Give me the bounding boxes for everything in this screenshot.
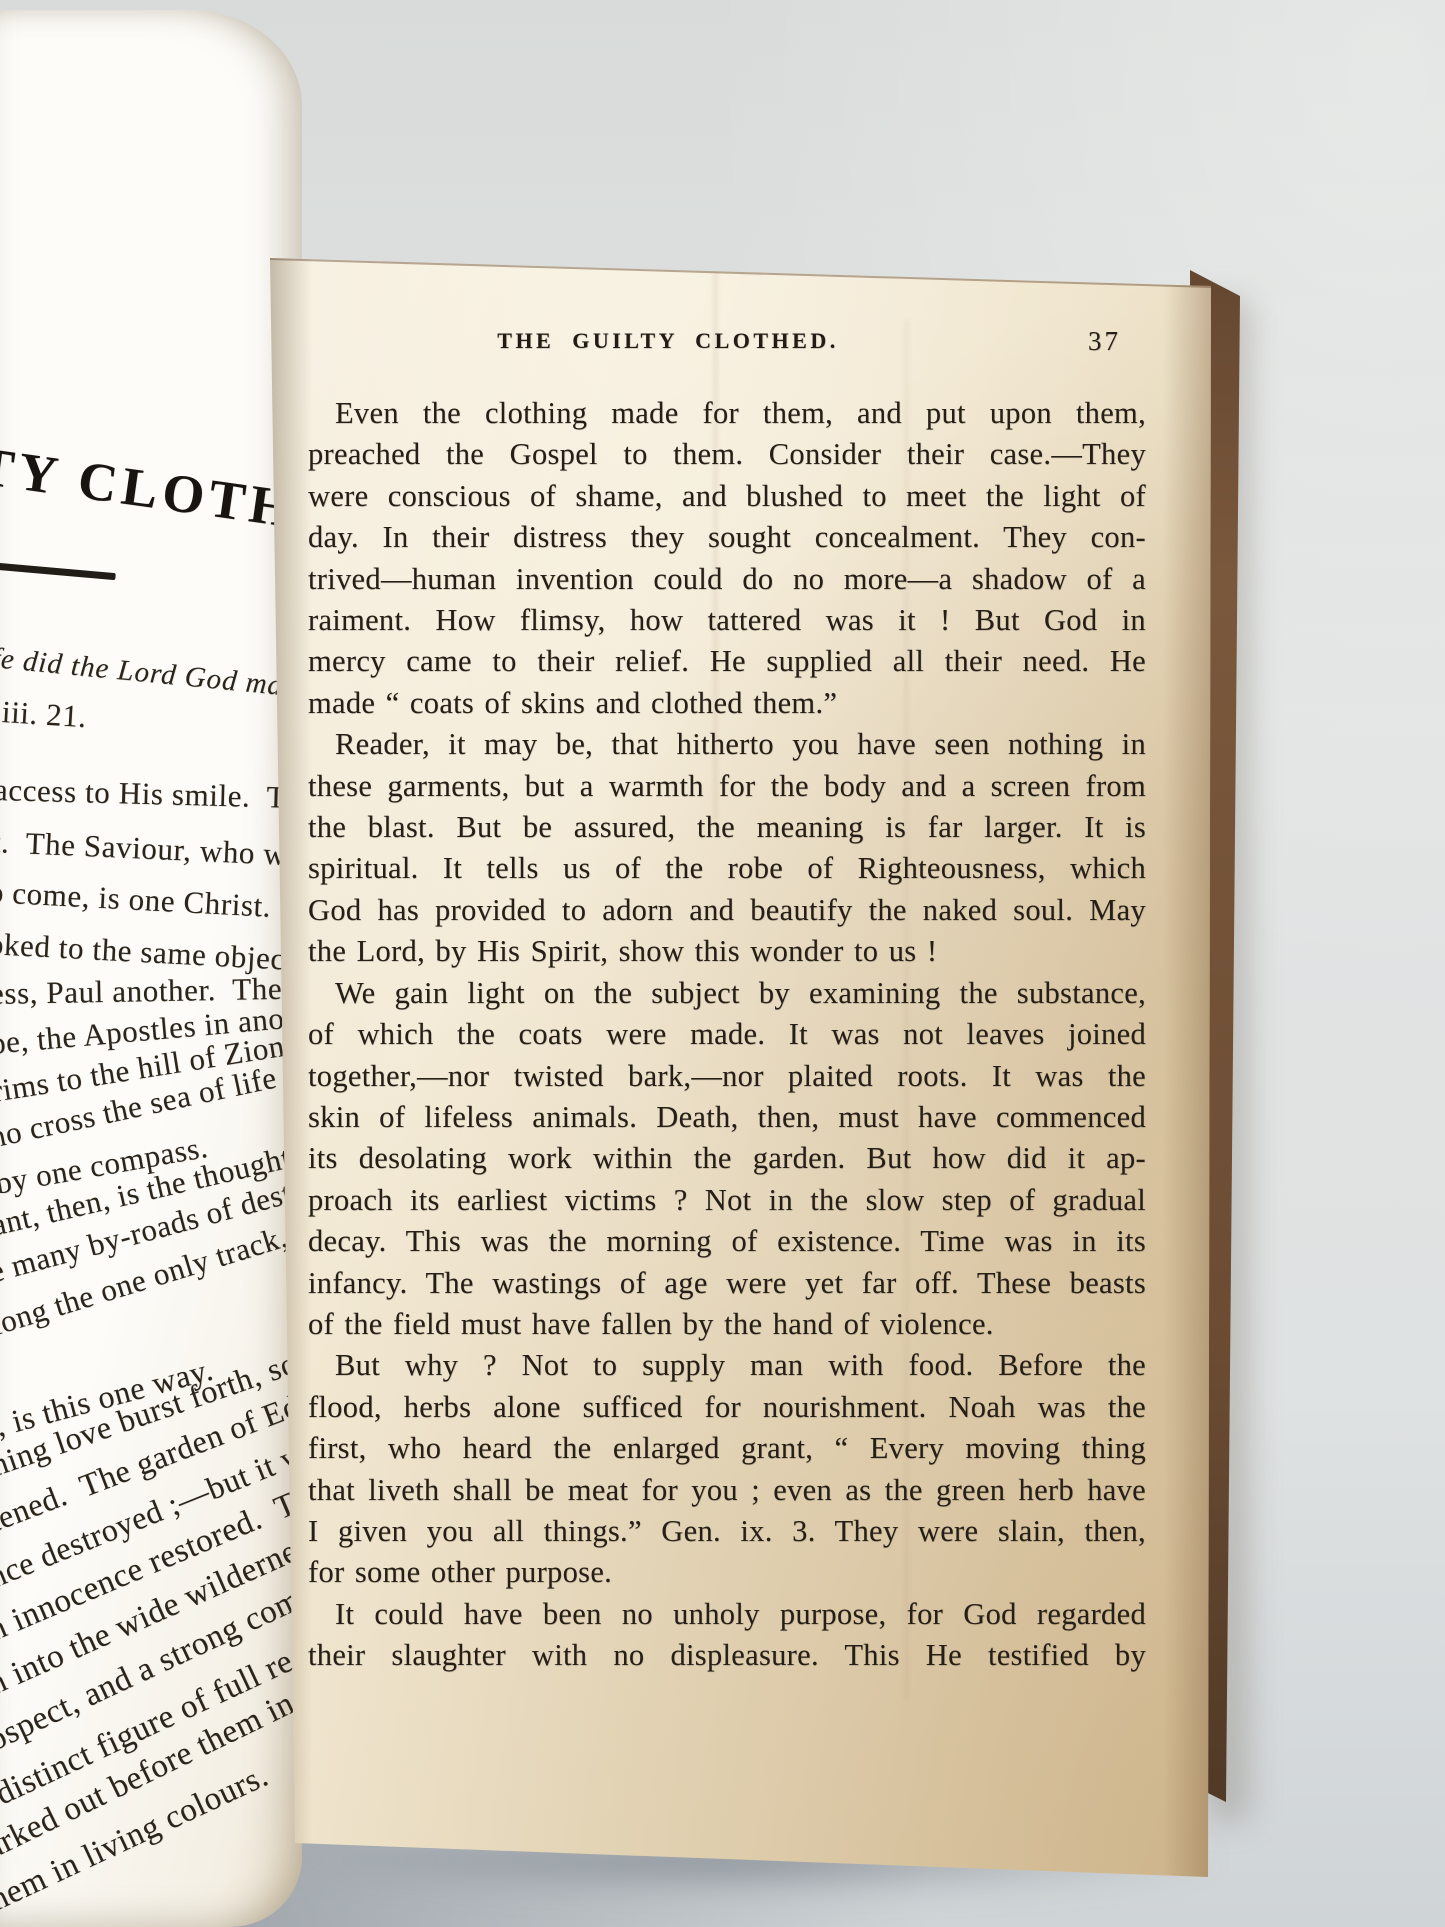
book-photo: TY CLOTHED.fe did the Lord God make coat… <box>0 0 1445 1927</box>
body-line: for some other purpose. <box>308 1552 1146 1593</box>
body-line: the Lord, by His Spirit, show this wonde… <box>308 931 1146 972</box>
body-line: But why ? Not to supply man with food. B… <box>308 1345 1146 1386</box>
page-number: 37 <box>1088 326 1121 357</box>
body-line: spiritual. It tells us of the robe of Ri… <box>308 848 1146 889</box>
body-line: their slaughter with no displeasure. Thi… <box>308 1635 1146 1676</box>
body-line: first, who heard the enlarged grant, “ E… <box>308 1428 1146 1469</box>
left-page-line: access to His smile. There <box>0 772 302 817</box>
page-top-edge <box>268 257 1216 288</box>
body-line: of which the coats were made. It was not… <box>308 1014 1146 1055</box>
body-line: Reader, it may be, that hitherto you hav… <box>308 724 1146 765</box>
body-line: the blast. But be assured, the meaning i… <box>308 807 1146 848</box>
body-line: its desolating work within the garden. B… <box>308 1138 1146 1179</box>
running-title: THE GUILTY CLOTHED. <box>497 328 838 353</box>
body-line: these garments, but a warmth for the bod… <box>308 766 1146 807</box>
body-line: I given you all things.” Gen. ix. 3. The… <box>308 1511 1146 1552</box>
body-line: made “ coats of skins and clothed them.” <box>308 683 1146 724</box>
left-page-heading: TY CLOTHED. <box>0 434 302 555</box>
body-line: proach its earliest victims ? Not in the… <box>308 1180 1146 1221</box>
left-page-line: o come, is one Christ. The fa <box>0 874 302 930</box>
body-line: that liveth shall be meat for you ; even… <box>308 1470 1146 1511</box>
body-line: mercy came to their relief. He supplied … <box>308 641 1146 682</box>
body-line: God has provided to adorn and beautify t… <box>308 890 1146 931</box>
running-header: THE GUILTY CLOTHED. <box>308 328 1146 354</box>
body-line: preached the Gospel to them. Consider th… <box>308 434 1146 475</box>
body-line: of the field must have fallen by the han… <box>308 1304 1146 1345</box>
body-line: trived—human invention could do no more—… <box>308 559 1146 600</box>
body-line: It could have been no unholy purpose, fo… <box>308 1594 1146 1635</box>
body-line: infancy. The wastings of age were yet fa… <box>308 1263 1146 1304</box>
left-page-line: t. The Saviour, who was to <box>0 824 302 875</box>
body-line: skin of lifeless animals. Death, then, m… <box>308 1097 1146 1138</box>
body-line: flood, herbs alone sufficed for nourishm… <box>308 1387 1146 1428</box>
body-line: decay. This was the morning of existence… <box>308 1221 1146 1262</box>
body-line: We gain light on the subject by examinin… <box>308 973 1146 1014</box>
left-page-line: iii. 21. <box>1 694 88 735</box>
body-line: together,—nor twisted bark,—nor plaited … <box>308 1056 1146 1097</box>
section-divider-rule <box>0 562 116 580</box>
body-line: raiment. How flimsy, how tattered was it… <box>308 600 1146 641</box>
body-line: Even the clothing made for them, and put… <box>308 393 1146 434</box>
body-line: were conscious of shame, and blushed to … <box>308 476 1146 517</box>
body-text: Even the clothing made for them, and put… <box>308 393 1146 1677</box>
left-page: TY CLOTHED.fe did the Lord God make coat… <box>0 10 302 1927</box>
body-line: day. In their distress they sought conce… <box>308 517 1146 558</box>
